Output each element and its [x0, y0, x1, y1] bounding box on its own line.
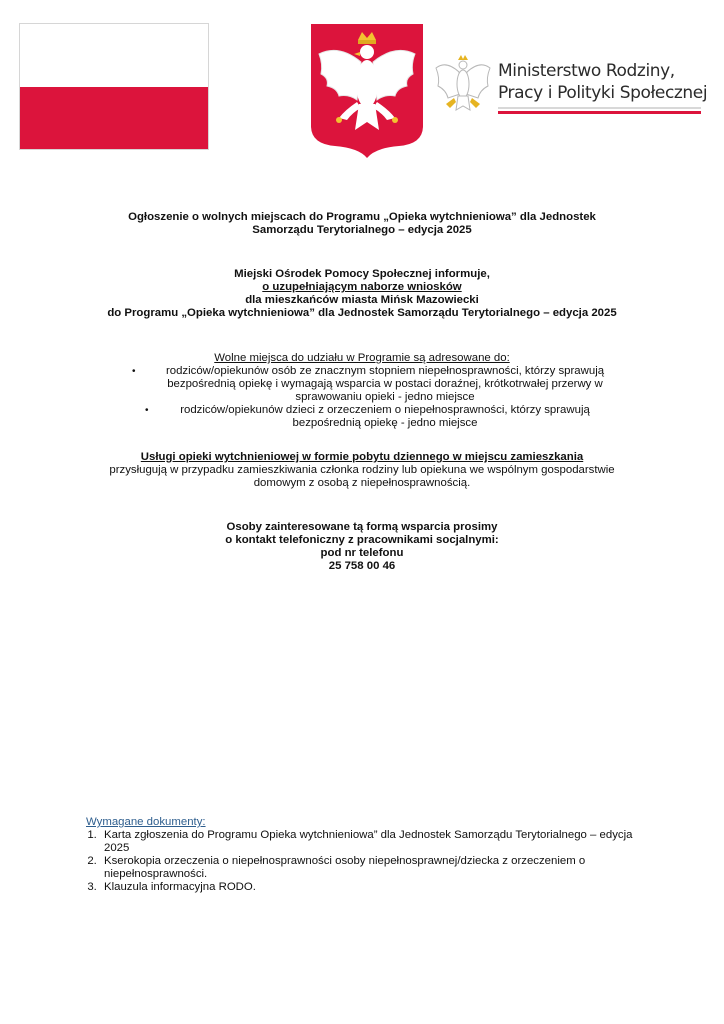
- required-documents: Wymagane dokumenty: Karta zgłoszenia do …: [66, 816, 656, 894]
- ministry-name: Ministerstwo Rodziny, Pracy i Polityki S…: [498, 60, 707, 104]
- contact-section: Osoby zainteresowane tą formą wsparcia p…: [0, 521, 724, 573]
- bullet-icon: •: [145, 404, 149, 417]
- announcement-title: Ogłoszenie o wolnych miejscach do Progra…: [0, 211, 724, 237]
- item-line: rodziców/opiekunów dzieci z orzeczeniem …: [160, 404, 610, 417]
- ministry-name-line1: Ministerstwo Rodziny,: [498, 60, 707, 82]
- places-list-item: • rodziców/opiekunów dzieci z orzeczenie…: [160, 404, 610, 430]
- intro-line1: Miejski Ośrodek Pomocy Społecznej inform…: [0, 268, 724, 281]
- services-section: Usługi opieki wytchnieniowej w formie po…: [0, 451, 724, 490]
- documents-list: Karta zgłoszenia do Programu Opieka wytc…: [66, 829, 656, 894]
- documents-heading: Wymagane dokumenty:: [86, 816, 656, 829]
- services-line2: domowym z osobą z niepełnosprawnością.: [0, 477, 724, 490]
- services-line1: przysługują w przypadku zamieszkiwania c…: [0, 464, 724, 477]
- contact-line1: Osoby zainteresowane tą formą wsparcia p…: [0, 521, 724, 534]
- polish-white-eagle-emblem-icon: [309, 22, 425, 160]
- ministry-gray-line: [498, 107, 701, 109]
- intro-line3: dla mieszkańców miasta Mińsk Mazowiecki: [0, 294, 724, 307]
- bullet-icon: •: [132, 365, 136, 378]
- places-heading: Wolne miejsca do udziału w Programie są …: [0, 352, 724, 365]
- document-item: Kserokopia orzeczenia o niepełnosprawnoś…: [100, 855, 656, 881]
- item-line: bezpośrednią opiekę - jedno miejsce: [160, 417, 610, 430]
- poland-flag-icon: [19, 23, 209, 150]
- flag-red-stripe: [20, 87, 208, 150]
- intro-line4: do Programu „Opieka wytchnieniowa” dla J…: [0, 307, 724, 320]
- document-item: Karta zgłoszenia do Programu Opieka wytc…: [100, 829, 656, 855]
- title-line1: Ogłoszenie o wolnych miejscach do Progra…: [0, 211, 724, 224]
- places-list-item: • rodziców/opiekunów osób ze znacznym st…: [140, 365, 630, 404]
- item-line: rodziców/opiekunów osób ze znacznym stop…: [140, 365, 630, 378]
- contact-line3: pod nr telefonu: [0, 547, 724, 560]
- flag-white-stripe: [20, 24, 208, 87]
- intro-section: Miejski Ośrodek Pomocy Społecznej inform…: [0, 268, 724, 320]
- ministry-logo: Ministerstwo Rodziny, Pracy i Polityki S…: [434, 54, 704, 124]
- title-line2: Samorządu Terytorialnego – edycja 2025: [0, 224, 724, 237]
- intro-line2: o uzupełniającym naborze wniosków: [0, 281, 724, 294]
- item-line: bezpośrednią opiekę i wymagają wsparcia …: [140, 378, 630, 391]
- phone-number: 25 758 00 46: [0, 560, 724, 573]
- services-heading: Usługi opieki wytchnieniowej w formie po…: [0, 451, 724, 464]
- item-line: sprawowaniu opieki - jedno miejsce: [140, 391, 630, 404]
- ministry-name-line2: Pracy i Polityki Społecznej: [498, 82, 707, 104]
- document-item: Klauzula informacyjna RODO.: [100, 881, 656, 894]
- white-eagle-logo-icon: [434, 54, 492, 116]
- ministry-red-line: [498, 111, 701, 114]
- contact-line2: o kontakt telefoniczny z pracownikami so…: [0, 534, 724, 547]
